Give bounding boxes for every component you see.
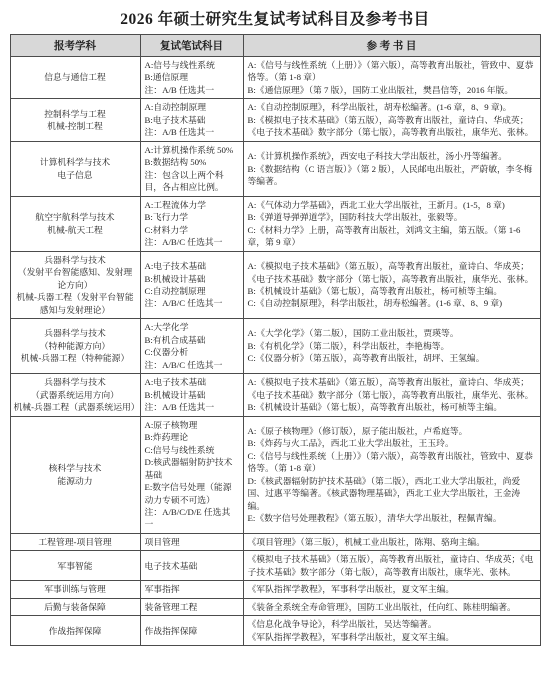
references-cell: A:《自动控制原理》，科学出版社，胡寿松编著。(1-6 章，8、9 章)。 B:…	[243, 99, 540, 141]
table-row: 航空宇航科学与技术 机械-航天工程A:工程流体力学 B:飞行力学 C:材料力学 …	[10, 196, 540, 251]
discipline-cell: 航空宇航科学与技术 机械-航天工程	[10, 196, 140, 251]
page-title: 2026 年硕士研究生复试考试科目及参考书目	[0, 7, 550, 29]
references-cell: A:《模拟电子技术基础》（第五版），高等教育出版社，童诗白、华成英；《电子技术基…	[243, 374, 540, 416]
discipline-cell: 信息与通信工程	[10, 57, 140, 99]
discipline-cell: 兵器科学与技术 （发射平台智能感知、发射理论方向） 机械-兵器工程（发射平台智能…	[10, 251, 140, 318]
table-header-row: 报考学科 复试笔试科目 参 考 书 目	[10, 35, 540, 57]
references-cell: 《项目管理》（第三版），机械工业出版社，陈翔、骆珣主编。	[243, 533, 540, 550]
references-cell: A:《大学化学》（第二版），国防工业出版社，贾瑛等。 B:《有机化学》（第二版）…	[243, 319, 540, 374]
exam-subjects-cell: A:电子技术基础 B:机械设计基础 C:自动控制原理 注：A/B/C 任选其一	[140, 251, 243, 318]
table-row: 信息与通信工程A:信号与线性系统 B:通信原理 注：A/B 任选其一A:《信号与…	[10, 57, 540, 99]
subjects-reference-table: 报考学科 复试笔试科目 参 考 书 目 信息与通信工程A:信号与线性系统 B:通…	[10, 34, 541, 646]
table-row: 兵器科学与技术 （特种能源方向） 机械-兵器工程（特种能源）A:大学化学 B:有…	[10, 319, 540, 374]
exam-subjects-cell: A:原子核物理 B:炸药理论 C:信号与线性系统 D:核武器辐射防护技术基础 E…	[140, 416, 243, 533]
exam-subjects-cell: A:自动控制原理 B:电子技术基础 注：A/B 任选其一	[140, 99, 243, 141]
header-references: 参 考 书 目	[243, 35, 540, 57]
table-row: 军事训练与管理军事指挥《军队指挥学教程》，军事科学出版社，夏文军主编。	[10, 581, 540, 598]
table-row: 核科学与技术 能源动力A:原子核物理 B:炸药理论 C:信号与线性系统 D:核武…	[10, 416, 540, 533]
references-cell: A:《气体动力学基础》，西北工业大学出版社，王新月。(1-5，8 章) B:《弹…	[243, 196, 540, 251]
discipline-cell: 军事训练与管理	[10, 581, 140, 598]
discipline-cell: 核科学与技术 能源动力	[10, 416, 140, 533]
exam-subjects-cell: 作战指挥保障	[140, 616, 243, 646]
discipline-cell: 军事智能	[10, 551, 140, 581]
exam-subjects-cell: 电子技术基础	[140, 551, 243, 581]
header-discipline: 报考学科	[10, 35, 140, 57]
discipline-cell: 兵器科学与技术 （特种能源方向） 机械-兵器工程（特种能源）	[10, 319, 140, 374]
references-cell: 《模拟电子技术基础》（第五版），高等教育出版社，童诗白、华成英；《电子技术基础》…	[243, 551, 540, 581]
table-body: 信息与通信工程A:信号与线性系统 B:通信原理 注：A/B 任选其一A:《信号与…	[10, 57, 540, 646]
exam-subjects-cell: A:计算机操作系统 50% B:数据结构 50% 注：包含以上两个科目，各占相应…	[140, 141, 243, 196]
references-cell: 《信息化战争导论》，科学出版社，吴达等编著。 《军队指挥学教程》，军事科学出版社…	[243, 616, 540, 646]
discipline-cell: 控制科学与工程 机械-控制工程	[10, 99, 140, 141]
references-cell: A:《原子核物理》（修订版），原子能出版社，卢希庭等。 B:《炸药与火工品》，西…	[243, 416, 540, 533]
table-row: 控制科学与工程 机械-控制工程A:自动控制原理 B:电子技术基础 注：A/B 任…	[10, 99, 540, 141]
references-cell: A:《信号与线性系统（上册）》（第六版），高等教育出版社，管致中、夏恭恪等。（第…	[243, 57, 540, 99]
exam-subjects-cell: A:大学化学 B:有机合成基础 C:仪器分析 注：A/B/C 任选其一	[140, 319, 243, 374]
references-cell: 《军队指挥学教程》，军事科学出版社，夏文军主编。	[243, 581, 540, 598]
table-row: 军事智能电子技术基础《模拟电子技术基础》（第五版），高等教育出版社，童诗白、华成…	[10, 551, 540, 581]
table-row: 兵器科学与技术 （武器系统运用方向） 机械-兵器工程（武器系统运用）A:电子技术…	[10, 374, 540, 416]
header-exam-subjects: 复试笔试科目	[140, 35, 243, 57]
exam-subjects-cell: 项目管理	[140, 533, 243, 550]
table-row: 后勤与装备保障装备管理工程《装备全系统全寿命管理》，国防工业出版社，任向红、陈桂…	[10, 598, 540, 615]
table-row: 计算机科学与技术 电子信息A:计算机操作系统 50% B:数据结构 50% 注：…	[10, 141, 540, 196]
references-cell: 《装备全系统全寿命管理》，国防工业出版社，任向红、陈桂明编著。	[243, 598, 540, 615]
table-row: 工程管理-项目管理项目管理《项目管理》（第三版），机械工业出版社，陈翔、骆珣主编…	[10, 533, 540, 550]
document-page: 2026 年硕士研究生复试考试科目及参考书目 报考学科 复试笔试科目 参 考 书…	[0, 0, 550, 673]
exam-subjects-cell: 装备管理工程	[140, 598, 243, 615]
discipline-cell: 工程管理-项目管理	[10, 533, 140, 550]
discipline-cell: 计算机科学与技术 电子信息	[10, 141, 140, 196]
references-cell: A:《计算机操作系统》，西安电子科技大学出版社，汤小丹等编著。 B:《数据结构（…	[243, 141, 540, 196]
table-row: 作战指挥保障作战指挥保障《信息化战争导论》，科学出版社，吴达等编著。 《军队指挥…	[10, 616, 540, 646]
references-cell: A:《模拟电子技术基础》（第五版），高等教育出版社，童诗白、华成英；《电子技术基…	[243, 251, 540, 318]
discipline-cell: 兵器科学与技术 （武器系统运用方向） 机械-兵器工程（武器系统运用）	[10, 374, 140, 416]
exam-subjects-cell: A:电子技术基础 B:机械设计基础 注：A/B 任选其一	[140, 374, 243, 416]
exam-subjects-cell: A:工程流体力学 B:飞行力学 C:材料力学 注：A/B/C 任选其一	[140, 196, 243, 251]
table-row: 兵器科学与技术 （发射平台智能感知、发射理论方向） 机械-兵器工程（发射平台智能…	[10, 251, 540, 318]
exam-subjects-cell: A:信号与线性系统 B:通信原理 注：A/B 任选其一	[140, 57, 243, 99]
discipline-cell: 作战指挥保障	[10, 616, 140, 646]
discipline-cell: 后勤与装备保障	[10, 598, 140, 615]
exam-subjects-cell: 军事指挥	[140, 581, 243, 598]
